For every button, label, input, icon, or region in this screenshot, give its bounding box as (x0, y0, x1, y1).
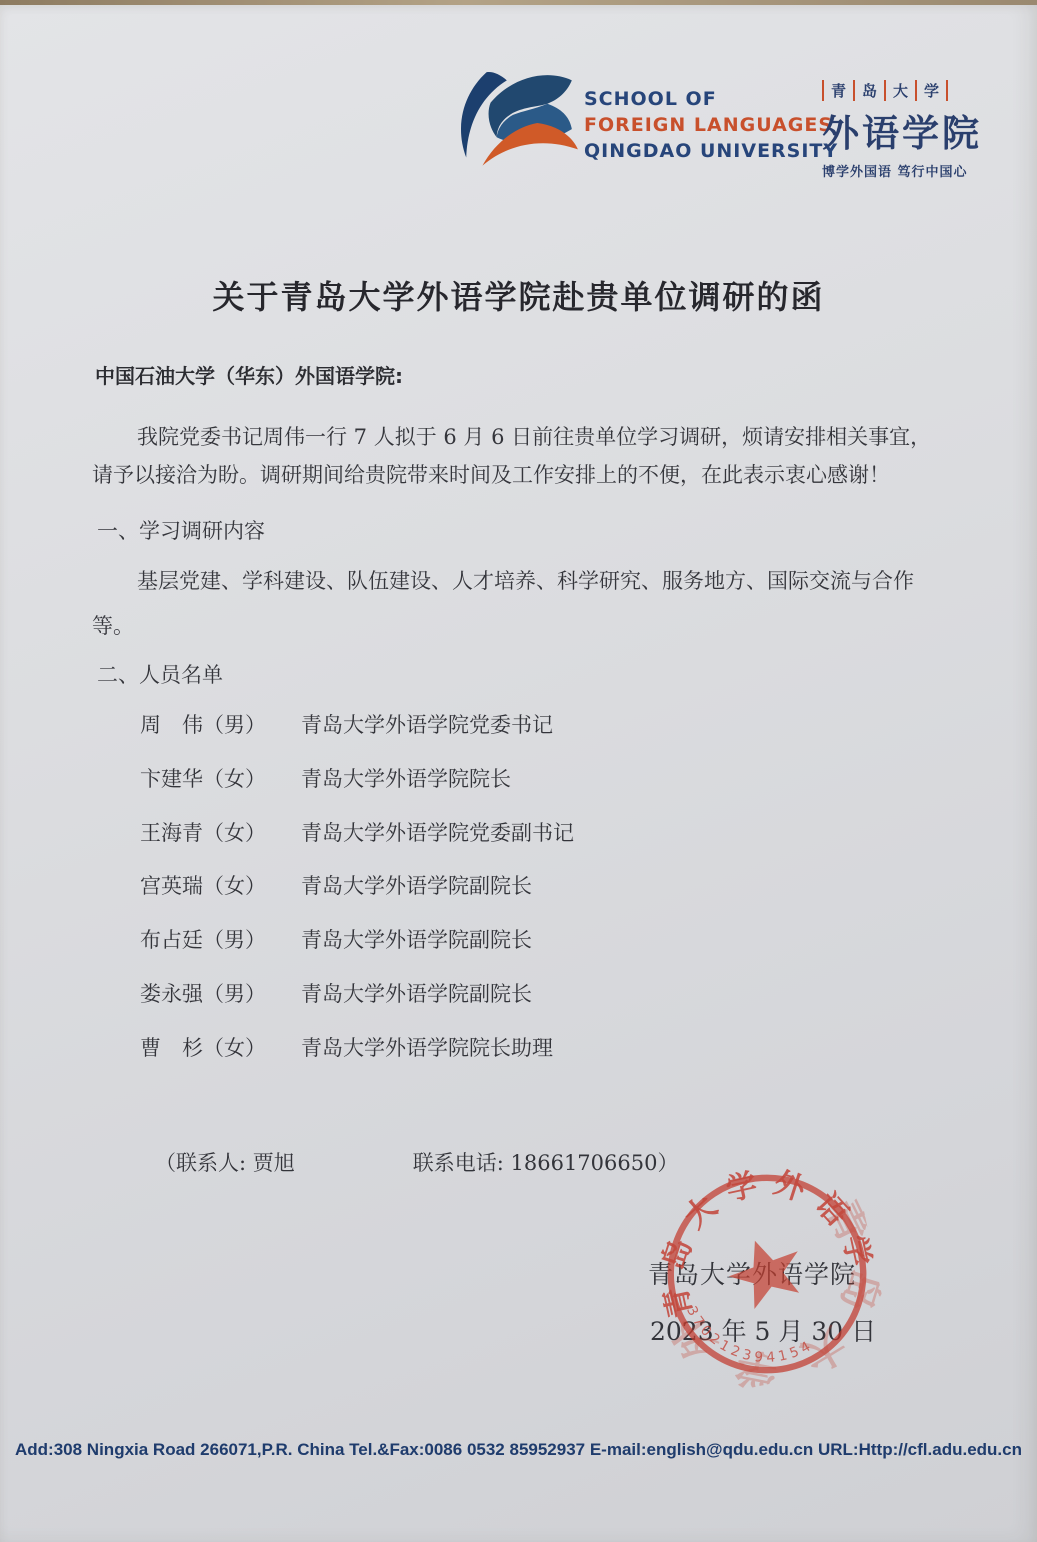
letterhead-qingdao-university: QINGDAO UNIVERSITY (584, 138, 838, 164)
letterhead-slogan: 博学外国语 笃行中国心 (822, 161, 982, 180)
contact-line: （联系人: 贾旭联系电话: 18661706650） (155, 1147, 678, 1177)
roster-title: 青岛大学外语学院副院长 (301, 870, 532, 900)
roster-title: 青岛大学外语学院党委副书记 (301, 817, 574, 847)
letter-title: 关于青岛大学外语学院赴贵单位调研的函 (0, 272, 1037, 318)
paragraph-line: 我院党委书记周伟一行 7 人拟于 6 月 6 日前往贵单位学习调研，烦请安排相关… (137, 421, 931, 451)
seal-star-icon (720, 1228, 811, 1313)
salutation: 中国石油大学（华东）外国语学院: (95, 360, 403, 389)
section1-content-line: 等。 (92, 610, 134, 640)
contact-person: （联系人: 贾旭 (155, 1151, 295, 1175)
section2-heading: 二、人员名单 (97, 659, 223, 689)
roster-title: 青岛大学外语学院副院长 (301, 924, 532, 954)
roster-name: 娄永强（男） (140, 978, 266, 1008)
section1-content-line: 基层党建、学科建设、队伍建设、人才培养、科学研究、服务地方、国际交流与合作 (137, 565, 914, 595)
roster-name: 卞建华（女） (140, 763, 266, 793)
official-seal: 青岛大学外语学院 3702123941543 青岛大学外语学院 (639, 1146, 895, 1402)
letterhead-university-name: 青岛大学 (822, 80, 948, 101)
letterhead-foreign-languages: FOREIGN LANGUAGES (584, 112, 838, 138)
letterhead-school-of: SCHOOL OF (584, 86, 838, 112)
roster-title: 青岛大学外语学院党委书记 (301, 709, 553, 739)
roster-name: 曹 杉（女） (140, 1032, 266, 1062)
letter-photo: SCHOOL OF FOREIGN LANGUAGES QINGDAO UNIV… (0, 0, 1037, 1542)
roster-title: 青岛大学外语学院副院长 (301, 978, 532, 1008)
contact-phone: 联系电话: 18661706650） (413, 1151, 679, 1175)
cn-char: 青 (822, 80, 853, 101)
footer-contact-info: Add:308 Ningxia Road 266071,P.R. China T… (0, 1440, 1037, 1460)
roster-name: 王海青（女） (140, 817, 266, 847)
letterhead-chinese: 青岛大学 外语学院 博学外国语 笃行中国心 (822, 80, 982, 180)
desk-edge (0, 0, 1037, 5)
roster-title: 青岛大学外语学院院长助理 (301, 1032, 553, 1062)
roster-title: 青岛大学外语学院院长 (301, 763, 511, 793)
paragraph-line: 请予以接洽为盼。调研期间给贵院带来时间及工作安排上的不便，在此表示衷心感谢！ (92, 459, 890, 489)
cn-char: 岛 (853, 80, 884, 101)
roster-name: 布占廷（男） (140, 924, 266, 954)
roster-name: 宫英瑞（女） (140, 870, 266, 900)
cn-char: 学 (915, 80, 946, 101)
school-logo-icon (452, 58, 584, 190)
letterhead-english: SCHOOL OF FOREIGN LANGUAGES QINGDAO UNIV… (584, 86, 838, 164)
roster-name: 周 伟（男） (140, 709, 266, 739)
section1-heading: 一、学习调研内容 (97, 515, 265, 545)
cn-char: 大 (884, 80, 915, 101)
letterhead-college-name: 外语学院 (822, 103, 982, 157)
